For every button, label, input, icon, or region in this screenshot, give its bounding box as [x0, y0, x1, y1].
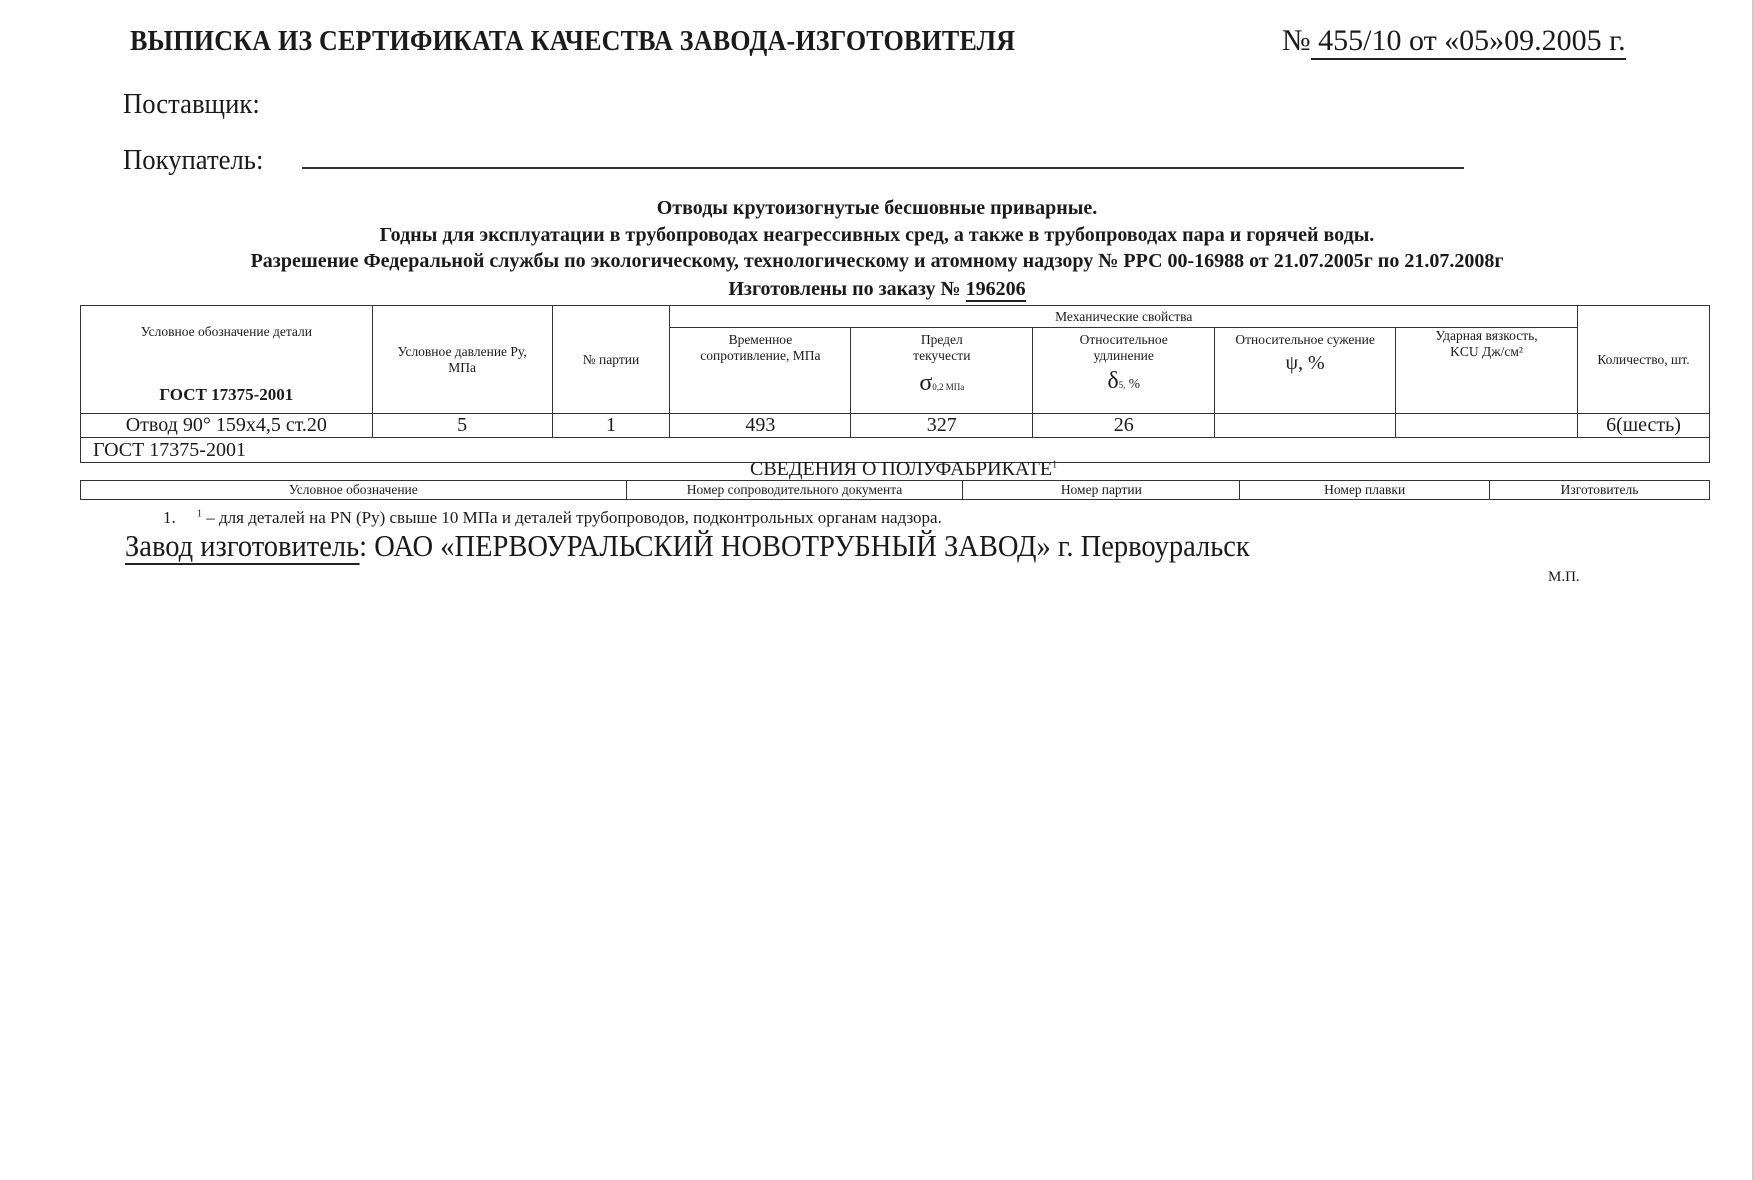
impact-label: Ударная вязкость, KCU Дж/см²: [1435, 328, 1537, 359]
semi-col-heat: Номер плавки: [1240, 481, 1490, 500]
order-label: Изготовлены по заказу №: [728, 278, 965, 300]
table-row: Отвод 90° 159х4,5 ст.20 5 1 493 327 26 6…: [81, 414, 1710, 438]
psi-symbol: ψ, %: [1235, 352, 1375, 375]
semi-col-document: Номер сопроводительного документа: [626, 481, 963, 500]
sigma-symbol: σ: [919, 370, 932, 396]
usage-note: Годны для эксплуатации в трубопроводах н…: [0, 224, 1754, 247]
certificate-number: № 455/10 от «05»09.2005 г.: [1282, 24, 1626, 58]
buyer-label: Покупатель:: [123, 144, 263, 177]
permit-note: Разрешение Федеральной службы по экологи…: [0, 250, 1754, 273]
number-and-date: 455/10 от «05»09.2005 г.: [1311, 24, 1626, 60]
tensile-label: Временное сопротивление, МПа: [700, 332, 820, 363]
quantity-label: Количество, шт.: [1597, 352, 1689, 367]
header-mechanical-properties: Механические свойства: [670, 306, 1578, 328]
manufacturer-line: Завод изготовитель: ОАО «ПЕРВОУРАЛЬСКИЙ …: [125, 528, 1250, 564]
semi-product-title-text: СВЕДЕНИЯ О ПОЛУФАБРИКАТЕ: [750, 458, 1052, 480]
elongation-unit: %: [1125, 376, 1140, 391]
manufacturer-name: : ОАО «ПЕРВОУРАЛЬСКИЙ НОВОТРУБНЫЙ ЗАВОД»…: [359, 528, 1250, 563]
properties-table: Условное обозначение детали ГОСТ 17375-2…: [80, 305, 1710, 463]
supplier-label: Поставщик:: [123, 88, 260, 121]
buyer-blank-line: [302, 167, 1464, 169]
cell-tensile: 493: [670, 414, 851, 438]
product-description: Отводы крутоизогнутые бесшовные приварны…: [0, 197, 1754, 220]
semi-product-title: СВЕДЕНИЯ О ПОЛУФАБРИКАТЕ1: [750, 458, 1057, 481]
footnote-number: 1.: [163, 508, 176, 527]
elongation-label: Относительное удлинение: [1053, 332, 1194, 364]
delta-symbol: δ: [1107, 368, 1118, 394]
semi-product-table: Условное обозначение Номер сопроводитель…: [80, 480, 1710, 500]
header-designation: Условное обозначение детали ГОСТ 17375-2…: [81, 306, 373, 414]
pressure-label: Условное давление Ру, МПа: [398, 344, 527, 375]
footnote: 1. 1 – для деталей на PN (Ру) свыше 10 М…: [163, 508, 942, 528]
yield-label: Предел текучести: [902, 332, 982, 364]
semi-col-batch: Номер партии: [963, 481, 1240, 500]
header-narrowing: Относительное сужение ψ, %: [1215, 328, 1396, 414]
cell-yield: 327: [851, 414, 1033, 438]
cell-pressure: 5: [372, 414, 552, 438]
designation-gost: ГОСТ 17375-2001: [81, 385, 372, 405]
footnote-text: – для деталей на PN (Ру) свыше 10 МПа и …: [202, 508, 942, 527]
stamp-place: М.П.: [1548, 569, 1580, 586]
header-pressure: Условное давление Ру, МПа: [372, 306, 552, 414]
footnote-marker: 1: [1052, 459, 1057, 470]
document-title: ВЫПИСКА ИЗ СЕРТИФИКАТА КАЧЕСТВА ЗАВОДА-И…: [130, 26, 1015, 58]
cell-narrowing: [1215, 414, 1396, 438]
cell-designation: Отвод 90° 159х4,5 ст.20: [81, 414, 373, 438]
header-elongation: Относительное удлинение δ5, %: [1033, 328, 1215, 414]
order-number: 196206: [966, 278, 1026, 302]
yield-subscript: 0,2 МПа: [932, 382, 964, 392]
header-batch: № партии: [552, 306, 670, 414]
designation-label: Условное обозначение детали: [81, 306, 372, 340]
header-impact: Ударная вязкость, KCU Дж/см²: [1396, 328, 1578, 414]
number-sign: №: [1282, 24, 1311, 57]
header-tensile: Временное сопротивление, МПа: [670, 328, 851, 414]
manufacturer-label: Завод изготовитель: [125, 528, 359, 565]
order-line: Изготовлены по заказу № 196206: [0, 278, 1754, 301]
header-yield: Предел текучести σ0,2 МПа: [851, 328, 1033, 414]
narrowing-label: Относительное сужение: [1235, 332, 1375, 348]
semi-col-designation: Условное обозначение: [81, 481, 627, 500]
batch-label: № партии: [583, 352, 639, 367]
cell-batch: 1: [552, 414, 670, 438]
cell-elongation: 26: [1033, 414, 1215, 438]
semi-col-manufacturer: Изготовитель: [1490, 481, 1710, 500]
header-quantity: Количество, шт.: [1577, 306, 1709, 414]
cell-quantity: 6(шесть): [1577, 414, 1709, 438]
cell-impact: [1396, 414, 1578, 438]
